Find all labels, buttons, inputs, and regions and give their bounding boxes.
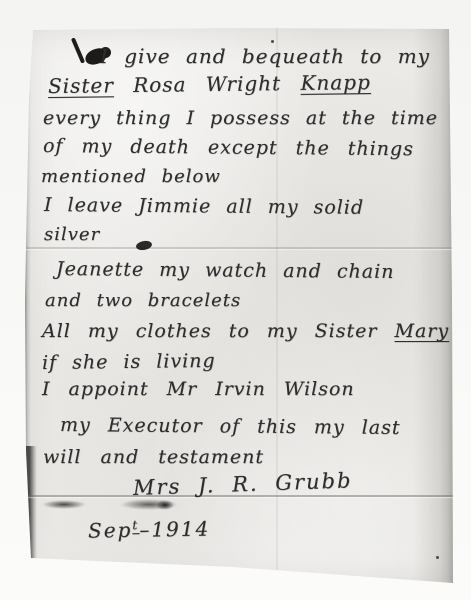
stain-smudge xyxy=(156,500,174,510)
handwritten-line-10: All my clothes to my Sister Mary xyxy=(42,320,449,342)
handwritten-line-13: my Executor of this my last xyxy=(60,414,401,439)
handwritten-line-8: Jeanette my watch and chain xyxy=(56,258,395,283)
handwritten-line-12: I appoint Mr Irvin Wilson xyxy=(42,378,355,400)
fold-crease-upper xyxy=(20,247,456,249)
underlined-word: Knapp xyxy=(300,70,371,95)
paper-edge-shadow-bottom-left xyxy=(20,446,37,560)
ink-speck xyxy=(436,556,439,559)
underlined-word: Mary xyxy=(395,320,450,342)
handwritten-line-6: I leave Jimmie all my solid xyxy=(44,194,364,219)
paper-edge-left xyxy=(20,26,31,464)
handwritten-line-3: every thing I possess at the time xyxy=(43,107,438,129)
date-year: –1914 xyxy=(139,517,210,542)
line-text: All my clothes to my Sister xyxy=(42,320,395,342)
handwritten-line-1: I give and bequeath to my xyxy=(100,44,430,68)
handwritten-line-2: Sister Rosa Wright Knapp xyxy=(48,70,371,98)
date-line: Sept–1914 xyxy=(88,516,211,543)
handwritten-line-9: and two bracelets xyxy=(45,290,241,311)
handwritten-line-5: mentioned below xyxy=(41,166,221,187)
ink-speck xyxy=(271,40,274,43)
handwritten-line-7: silver xyxy=(44,224,100,245)
paper-edge-right xyxy=(440,26,456,586)
date-prefix: Sep xyxy=(88,518,133,543)
handwritten-line-14: will and testament xyxy=(43,446,264,468)
handwritten-line-4: of my death except the things xyxy=(43,135,414,160)
underlined-word: Sister xyxy=(48,73,114,98)
line-text: Rosa Wright xyxy=(114,71,301,97)
stain-smudge xyxy=(42,500,86,509)
handwritten-line-11: if she is living xyxy=(42,350,216,374)
scanned-will-photo: I give and bequeath to my Sister Rosa Wr… xyxy=(0,0,471,600)
